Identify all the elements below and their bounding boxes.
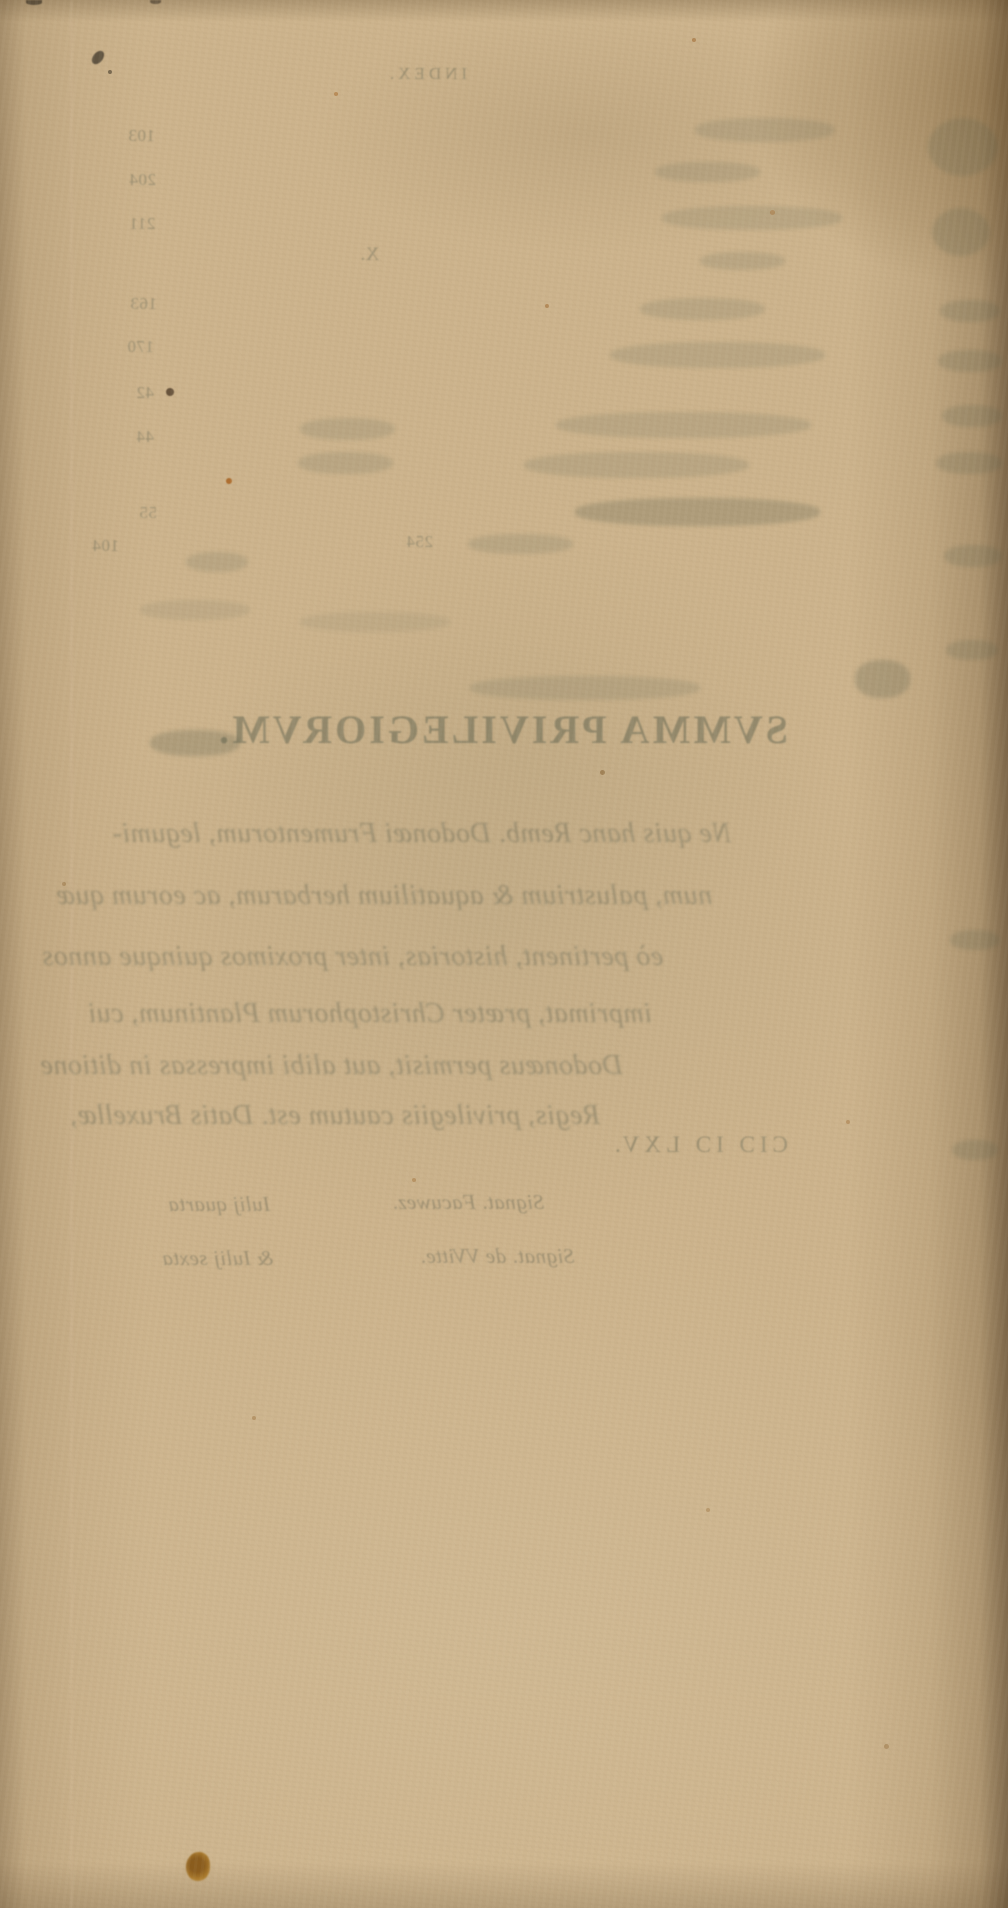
ghost-page-number: 44 bbox=[136, 427, 154, 447]
ghost-word-blot bbox=[298, 452, 393, 474]
foxing-speck bbox=[884, 1744, 889, 1749]
ghost-word-blot bbox=[575, 498, 820, 526]
ghost-stray-number: 254 bbox=[406, 532, 433, 552]
foxing-speck bbox=[545, 304, 549, 308]
ghost-index-title: INDEX. bbox=[386, 64, 467, 84]
ghost-word-blot bbox=[556, 412, 811, 438]
foxing-speck bbox=[334, 92, 338, 96]
ghost-page-number: 42 bbox=[136, 383, 154, 403]
ghost-page-number: 204 bbox=[129, 170, 156, 190]
ink-fleck bbox=[90, 49, 106, 67]
edge-chip bbox=[150, 0, 161, 4]
ghost-word-blot bbox=[524, 452, 749, 478]
ghost-page-number: 55 bbox=[139, 503, 157, 523]
ghost-word-blot bbox=[695, 118, 835, 142]
ghost-word-blot bbox=[944, 545, 1002, 567]
ghost-privilege-line: Regis, privilegiis cautum est. Datis Bru… bbox=[70, 1100, 600, 1132]
foxing-speck bbox=[770, 210, 775, 215]
ghost-word-blot bbox=[932, 208, 990, 256]
ghost-word-blot bbox=[468, 534, 573, 554]
ghost-ink-smudge bbox=[150, 730, 240, 756]
ghost-page-number: 103 bbox=[128, 126, 155, 146]
book-page-scan: INDEX. 103 204 211 163 170 42 44 55 104 … bbox=[0, 0, 1008, 1908]
ochre-blot bbox=[186, 1852, 210, 1881]
ghost-word-blot bbox=[640, 298, 765, 320]
ghost-word-blot bbox=[940, 300, 1000, 322]
ghost-word-blot bbox=[946, 640, 998, 660]
ghost-word-blot bbox=[610, 342, 825, 368]
ghost-word-blot bbox=[938, 350, 1002, 372]
ghost-privilege-line: imprimat, præter Christophorum Plantinum… bbox=[88, 998, 652, 1030]
ghost-signature-date: & Iulij sexta bbox=[162, 1246, 273, 1271]
ghost-privilege-line: num, palustrium & aquatilium herbarum, a… bbox=[56, 880, 712, 912]
foxing-speck bbox=[706, 1508, 710, 1512]
fox-spot-dark bbox=[166, 388, 174, 396]
ghost-x-mark: X. bbox=[360, 244, 379, 266]
ghost-word-blot bbox=[662, 206, 842, 230]
ghost-word-blot bbox=[942, 405, 1002, 427]
foxing-speck bbox=[846, 1120, 850, 1124]
ghost-signature-name: Signat. de VVitte. bbox=[420, 1244, 574, 1269]
edge-chip bbox=[26, 0, 42, 5]
foxing-speck bbox=[62, 882, 66, 886]
foxing-speck bbox=[600, 770, 605, 775]
ghost-word-blot bbox=[140, 600, 250, 620]
ghost-word-blot bbox=[950, 930, 1000, 950]
ghost-privilege-line: Dodonæus permisit, aut alibi impressas i… bbox=[40, 1050, 623, 1082]
ghost-date-numeral: CIƆ IƆ LXV. bbox=[610, 1132, 788, 1158]
ghost-privilege-line: Ne quis hanc Remb. Dodonæi Frumentorum, … bbox=[112, 818, 731, 850]
ghost-word-blot bbox=[300, 612, 450, 632]
paper-crease bbox=[70, 0, 73, 1908]
ghost-word-blot bbox=[928, 118, 998, 176]
ghost-signature-name: Signat. Facuwez. bbox=[392, 1190, 544, 1215]
ghost-word-blot bbox=[300, 418, 395, 440]
ghost-word-blot bbox=[855, 660, 910, 698]
ghost-page-number: 211 bbox=[129, 214, 155, 234]
ghost-word-blot bbox=[952, 1140, 998, 1160]
ghost-page-number: 104 bbox=[92, 536, 119, 556]
ghost-signature-date: Iulij quarta bbox=[168, 1192, 270, 1217]
ghost-word-blot bbox=[655, 162, 760, 182]
ghost-privilege-line: eò pertinent, historias, inter proximos … bbox=[42, 941, 663, 973]
ghost-word-blot bbox=[186, 552, 248, 572]
fox-spot-rust bbox=[226, 478, 232, 484]
ghost-word-blot bbox=[936, 452, 1002, 474]
ghost-page-number: 163 bbox=[130, 294, 157, 314]
ghost-word-blot bbox=[470, 676, 700, 700]
foxing-speck bbox=[692, 38, 696, 42]
ink-fleck bbox=[108, 70, 112, 74]
foxing-speck bbox=[252, 1416, 256, 1420]
ghost-word-blot bbox=[700, 252, 785, 270]
ghost-page-number: 170 bbox=[127, 337, 154, 357]
foxing-speck bbox=[412, 1178, 416, 1182]
